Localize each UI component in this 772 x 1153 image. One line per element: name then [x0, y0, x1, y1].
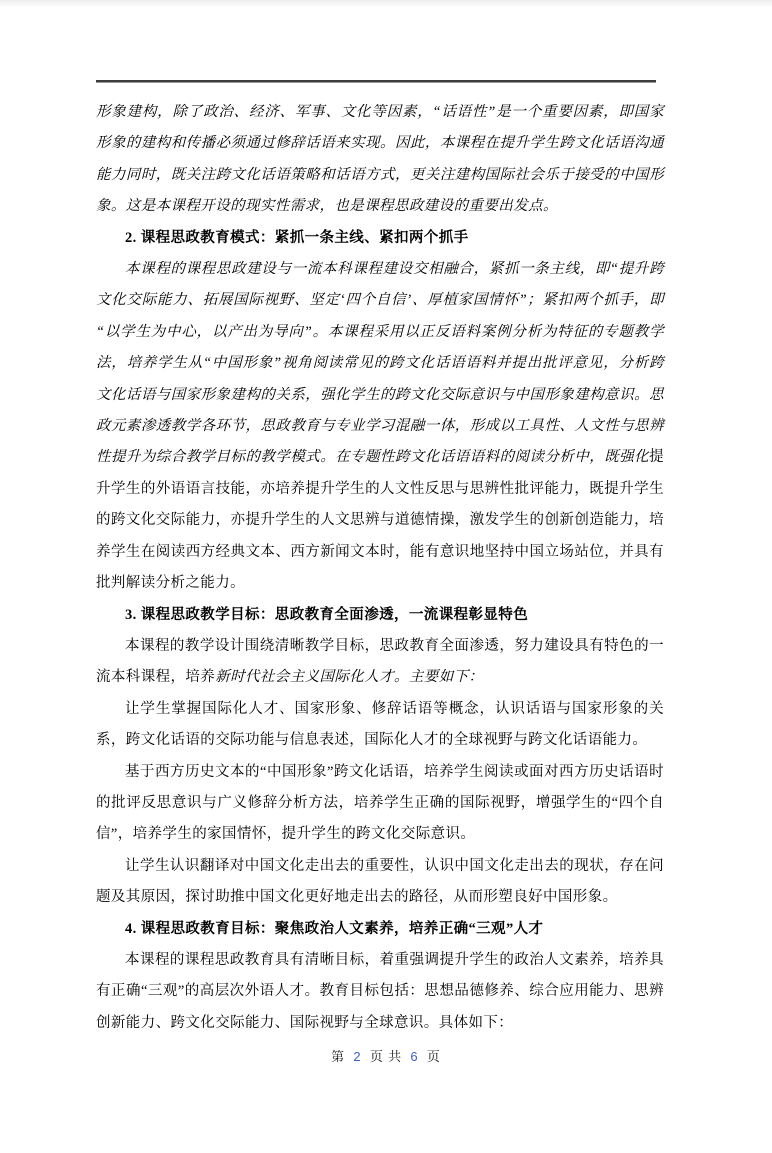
footer-label-prefix: 第 — [331, 1049, 345, 1064]
text-run-song: 提升学生的外语语言技能，亦培养提升学生的人文性反思与思辨性批评能力，既提升学生的… — [96, 449, 664, 591]
text-run-song: 让学生掌握国际化人才、国家形象、修辞话语等概念，认识话语与国家形象的关系，跨文化… — [96, 701, 664, 748]
text-run-kaiti: 新时代社会主义国际化人才。主要如下： — [215, 669, 483, 685]
text-run-kaiti: 本课程的课程思政建设与一流本科课程建设交相融合，紧抓一条主线，即“提升跨文化交际… — [96, 261, 664, 465]
text-run-song: 本课程的课程思政教育具有清晰目标，着重强调提升学生的政治人文素养，培养具有正确“… — [96, 952, 664, 1031]
document-page: 形象建构，除了政治、经济、军事、文化等因素，“话语性”是一个重要因素，即国家形象… — [0, 0, 772, 1153]
body-paragraph: 基于西方历史文本的“中国形象”跨文化话语，培养学生阅读或面对西方历史话语时的批评… — [96, 757, 664, 851]
text-run-song: 基于西方历史文本的“中国形象”跨文化话语，培养学生阅读或面对西方历史话语时的批评… — [96, 764, 664, 843]
footer-label-suffix: 页 — [427, 1049, 441, 1064]
body-paragraph: 让学生掌握国际化人才、国家形象、修辞话语等概念，认识话语与国家形象的关系，跨文化… — [96, 694, 664, 757]
text-run-bold: 3. 课程思政教学目标：思政教育全面渗透，一流课程彰显特色 — [125, 607, 528, 623]
text-run-song: 让学生认识翻译对中国文化走出去的重要性，认识中国文化走出去的现状，存在问题及其原… — [96, 858, 664, 905]
total-pages-field: 6 — [410, 1049, 418, 1064]
document-body: 形象建构，除了政治、经济、军事、文化等因素，“话语性”是一个重要因素，即国家形象… — [96, 97, 664, 1039]
section-heading: 2. 课程思政教育模式：紧抓一条主线、紧扣两个抓手 — [96, 223, 664, 254]
body-paragraph: 形象建构，除了政治、经济、军事、文化等因素，“话语性”是一个重要因素，即国家形象… — [96, 97, 664, 223]
text-run-bold: 4. 课程思政教育目标：聚焦政治人文素养，培养正确“三观”人才 — [125, 921, 543, 937]
body-paragraph: 本课程的教学设计围绕清晰教学目标，思政教育全面渗透，努力建设具有特色的一流本科课… — [96, 631, 664, 694]
text-run-bold: 2. 课程思政教育模式：紧抓一条主线、紧扣两个抓手 — [125, 230, 469, 246]
page-footer: 第 2 页 共 6 页 — [0, 1046, 772, 1068]
footer-label-infix: 页 共 — [370, 1049, 402, 1064]
section-heading: 4. 课程思政教育目标：聚焦政治人文素养，培养正确“三观”人才 — [96, 914, 664, 945]
page-number-field: 2 — [353, 1049, 361, 1064]
header-separator-line — [96, 80, 656, 83]
body-paragraph: 让学生认识翻译对中国文化走出去的重要性，认识中国文化走出去的现状，存在问题及其原… — [96, 851, 664, 914]
text-run-kaiti: 形象建构，除了政治、经济、军事、文化等因素，“话语性”是一个重要因素，即国家形象… — [96, 104, 664, 214]
section-heading: 3. 课程思政教学目标：思政教育全面渗透，一流课程彰显特色 — [96, 600, 664, 631]
body-paragraph: 本课程的课程思政建设与一流本科课程建设交相融合，紧抓一条主线，即“提升跨文化交际… — [96, 254, 664, 599]
body-paragraph: 本课程的课程思政教育具有清晰目标，着重强调提升学生的政治人文素养，培养具有正确“… — [96, 945, 664, 1039]
